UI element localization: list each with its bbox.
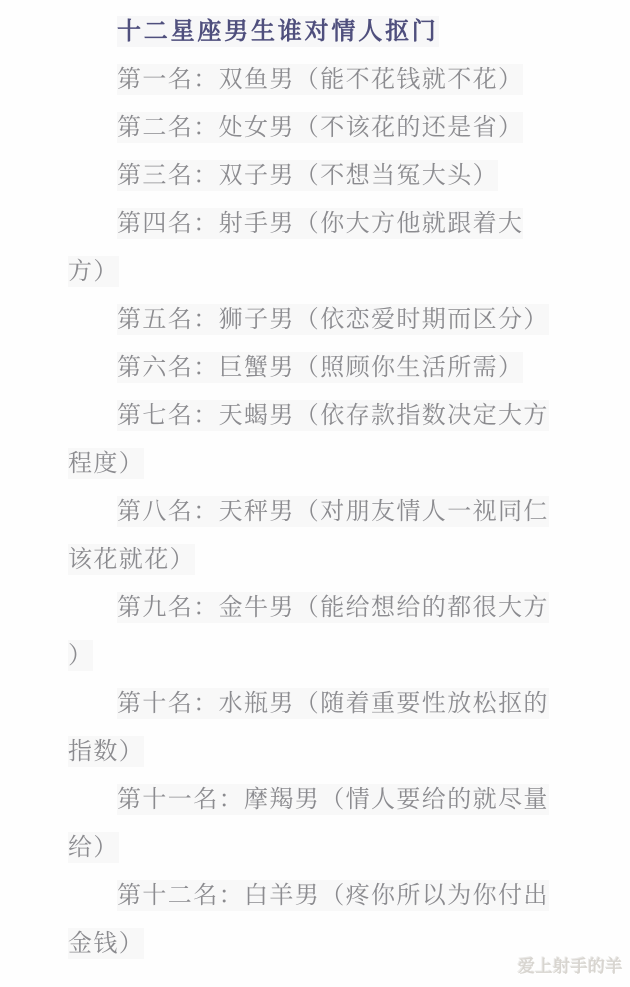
- rank-7-line-2: 程度）: [68, 440, 606, 488]
- article-page: 十二星座男生谁对情人抠门 第一名：双鱼男（能不花钱就不花） 第二名：处女男（不该…: [0, 0, 630, 987]
- rank-4-line-2: 方）: [68, 248, 606, 296]
- rank-11-line-2: 给）: [68, 824, 606, 872]
- rank-11-line-1: 第十一名：摩羯男（情人要给的就尽量: [68, 776, 606, 824]
- rank-6-line-1: 第六名：巨蟹男（照顾你生活所需）: [68, 344, 606, 392]
- rank-7-line-1: 第七名：天蝎男（依存款指数决定大方: [68, 392, 606, 440]
- rank-2-line-1: 第二名：处女男（不该花的还是省）: [68, 104, 606, 152]
- rank-10-line-2: 指数）: [68, 728, 606, 776]
- rank-3-line-1: 第三名：双子男（不想当冤大头）: [68, 152, 606, 200]
- article-title: 十二星座男生谁对情人抠门: [68, 8, 606, 56]
- rank-8-line-2: 该花就花）: [68, 536, 606, 584]
- rank-4-line-1: 第四名：射手男（你大方他就跟着大: [68, 200, 606, 248]
- rank-5-line-1: 第五名：狮子男（依恋爱时期而区分）: [68, 296, 606, 344]
- rank-9-line-1: 第九名：金牛男（能给想给的都很大方: [68, 584, 606, 632]
- article-title-text: 十二星座男生谁对情人抠门: [117, 16, 439, 47]
- rank-1-line-1: 第一名：双鱼男（能不花钱就不花）: [68, 56, 606, 104]
- rank-12-line-1: 第十二名：白羊男（疼你所以为你付出: [68, 872, 606, 920]
- watermark: 爱上射手的羊: [518, 952, 623, 977]
- article-body: 十二星座男生谁对情人抠门 第一名：双鱼男（能不花钱就不花） 第二名：处女男（不该…: [0, 0, 630, 968]
- rank-8-line-1: 第八名：天秤男（对朋友情人一视同仁: [68, 488, 606, 536]
- rank-9-line-2: ）: [68, 632, 606, 680]
- rank-10-line-1: 第十名：水瓶男（随着重要性放松抠的: [68, 680, 606, 728]
